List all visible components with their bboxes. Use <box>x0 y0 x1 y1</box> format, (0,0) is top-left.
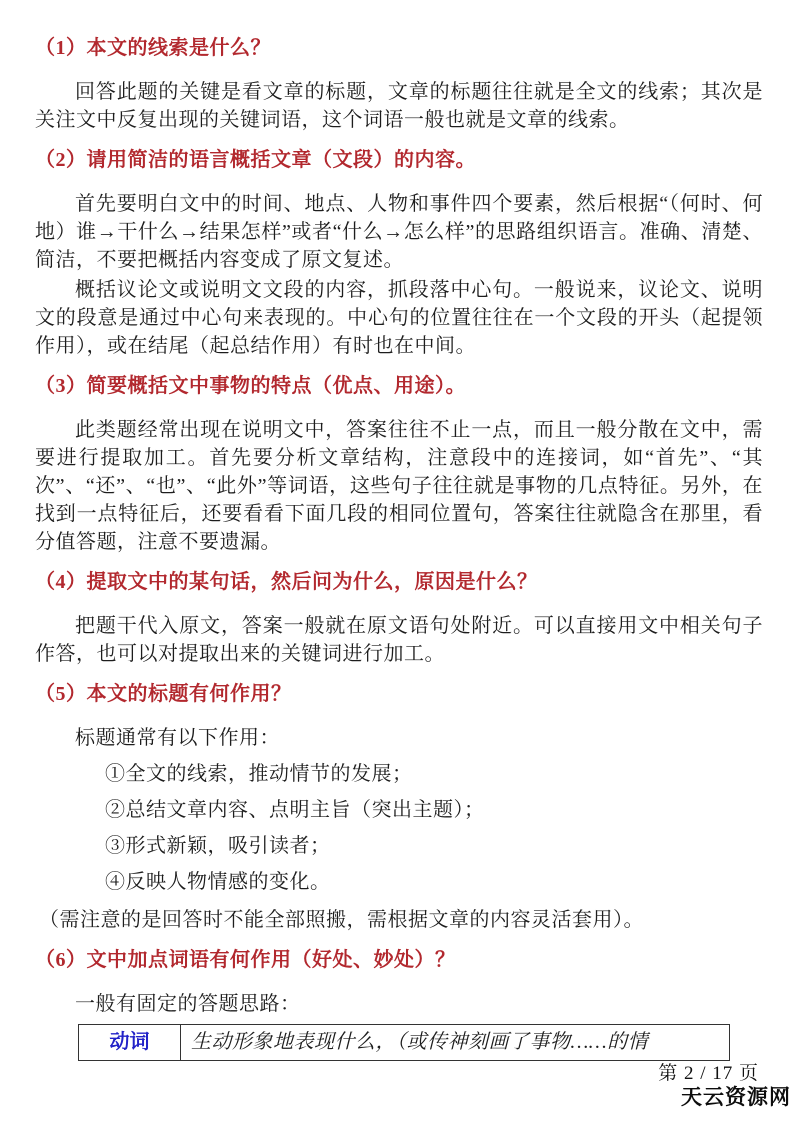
question-heading-3: （3）简要概括文中事物的特点（优点、用途）。 <box>35 374 763 398</box>
desc-cell: 生动形象地表现什么，（或传神刻画了事物……的情 <box>181 1025 730 1061</box>
document-page: （1）本文的线索是什么？ 回答此题的关键是看文章的标题，文章的标题往往就是全文的… <box>0 0 793 1061</box>
question-heading-1: （1）本文的线索是什么？ <box>35 36 763 60</box>
question-heading-5: （5）本文的标题有何作用？ <box>35 682 763 706</box>
answer-paragraph: 首先要明白文中的时间、地点、人物和事件四个要素，然后根据“（何时、何地）谁→干什… <box>35 190 763 274</box>
note-paragraph: （需注意的是回答时不能全部照搬，需根据文章的内容灵活套用）。 <box>35 906 763 934</box>
answer-table: 动词 生动形象地表现什么，（或传神刻画了事物……的情 <box>78 1024 730 1061</box>
intro-paragraph: 一般有固定的答题思路： <box>35 990 763 1018</box>
list-item: ①全文的线索，推动情节的发展； <box>35 760 763 788</box>
question-heading-2: （2）请用简洁的语言概括文章（文段）的内容。 <box>35 148 763 172</box>
table-row: 动词 生动形象地表现什么，（或传神刻画了事物……的情 <box>79 1025 730 1061</box>
list-item: ②总结文章内容、点明主旨（突出主题）； <box>35 796 763 824</box>
watermark: 天云资源网 <box>0 1085 793 1110</box>
page-footer: 第 2 / 17 页 天云资源网 <box>0 1063 793 1110</box>
question-heading-6: （6）文中加点词语有何作用（好处、妙处）？ <box>35 948 763 972</box>
answer-paragraph: 把题干代入原文，答案一般就在原文语句处附近。可以直接用文中相关句子作答，也可以对… <box>35 612 763 668</box>
answer-paragraph: 回答此题的关键是看文章的标题，文章的标题往往就是全文的线索；其次是关注文中反复出… <box>35 78 763 134</box>
intro-paragraph: 标题通常有以下作用： <box>35 724 763 752</box>
answer-paragraph: 概括议论文或说明文文段的内容，抓段落中心句。一般说来，议论文、说明文的段意是通过… <box>35 276 763 360</box>
list-item: ④反映人物情感的变化。 <box>35 868 763 896</box>
answer-paragraph: 此类题经常出现在说明文中，答案往往不止一点，而且一般分散在文中，需要进行提取加工… <box>35 416 763 556</box>
question-heading-4: （4）提取文中的某句话，然后问为什么，原因是什么？ <box>35 570 763 594</box>
list-item: ③形式新颖，吸引读者； <box>35 832 763 860</box>
term-cell: 动词 <box>79 1025 181 1061</box>
page-number: 第 2 / 17 页 <box>0 1063 793 1085</box>
